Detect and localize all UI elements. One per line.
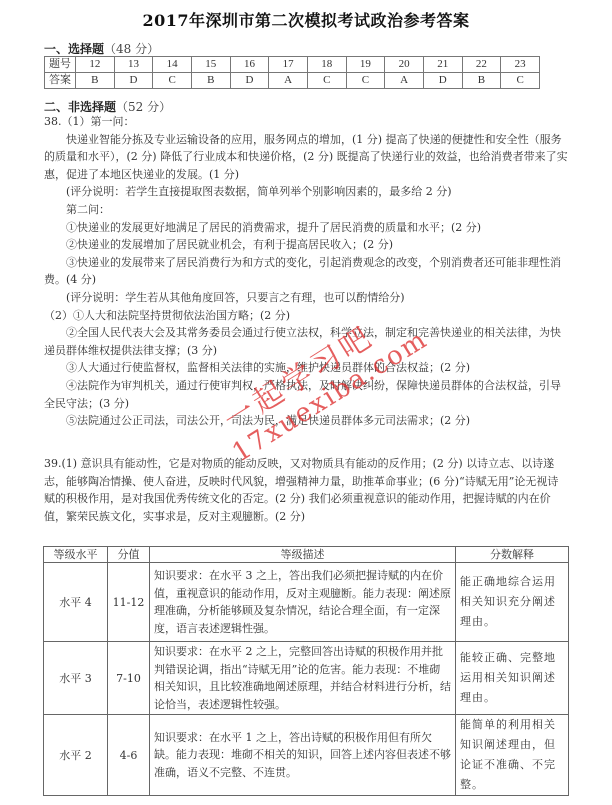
multiple-choice-answer-table: 题号 12 13 14 15 16 17 18 19 20 21 22 23 答… — [44, 56, 540, 89]
answer-cell: A — [385, 73, 424, 89]
q38-part2-point-5: ⑤法院通过公正司法，司法公开，司法为民，满足快递员群体多元司法需求；(2 分) — [44, 412, 569, 430]
question-number: 17 — [269, 57, 308, 73]
answer-cell: B — [462, 73, 501, 89]
answer-cell: D — [423, 73, 462, 89]
q38-part1-answer: 快递业智能分拣及专业运输设备的应用，服务网点的增加，(1 分) 提高了快递的便捷… — [44, 131, 569, 184]
explanation-cell: 能较正确、完整地运用相关知识阐述理由。 — [456, 642, 569, 715]
header-description: 等级描述 — [150, 547, 456, 563]
answer-cell: C — [346, 73, 385, 89]
row-label-question: 题号 — [45, 57, 76, 73]
answer-cell: B — [76, 73, 115, 89]
explanation-cell: 能简单的利用相关知识阐述理由，但论证不准确、不完整。 — [456, 715, 569, 796]
question-number: 22 — [462, 57, 501, 73]
score-cell: 11-12 — [108, 563, 150, 642]
header-level: 等级水平 — [44, 547, 108, 563]
q38-part2-point-2: ②全国人民代表大会及其常务委员会通过行使立法权，科学立法，制定和完善快递业的相关… — [44, 324, 569, 359]
rubric-header-row: 等级水平 分值 等级描述 分数解释 — [44, 547, 569, 563]
rubric-row-level-2: 水平 2 4-6 知识要求：在水平 1 之上，答出诗赋的积极作用但有所欠缺。能力… — [44, 715, 569, 796]
question-38-answer: 38.（1）第一问： 快递业智能分拣及专业运输设备的应用，服务网点的增加，(1 … — [44, 113, 569, 430]
header-score: 分值 — [108, 547, 150, 563]
header-explanation: 分数解释 — [456, 547, 569, 563]
question-39-answer: 39.(1) 意识具有能动性，它是对物质的能动反映，又对物质具有能动的反作用；(… — [44, 455, 569, 525]
q38-part2-point-1: （2）①人大和法院坚持贯彻依法治国方略；(2 分) — [44, 307, 569, 325]
section2-points: （52 分） — [116, 100, 171, 114]
q38-part2-point-3: ③人大通过行使监督权，监督相关法律的实施，维护快递员群体的合法权益；(2 分) — [44, 359, 569, 377]
rubric-row-level-3: 水平 3 7-10 知识要求：在水平 2 之上，完整回答出诗赋的积极作用并批判错… — [44, 642, 569, 715]
answer-cell: C — [153, 73, 192, 89]
description-cell: 知识要求：在水平 3 之上，答出我们必须把握诗赋的内在价值，重视意识的能动作用，… — [150, 563, 456, 642]
row-label-answer: 答案 — [45, 73, 76, 89]
rubric-row-level-4: 水平 4 11-12 知识要求：在水平 3 之上，答出我们必须把握诗赋的内在价值… — [44, 563, 569, 642]
answer-cell: B — [191, 73, 230, 89]
answer-cell: A — [269, 73, 308, 89]
q38-point-2: ②快递业的发展增加了居民就业机会，有利于提高居民收入；(2 分) — [44, 236, 569, 254]
q38-point-3: ③快递业的发展带来了居民消费行为和方式的变化，引起消费观念的改变，个别消费者还可… — [44, 254, 569, 289]
score-cell: 4-6 — [108, 715, 150, 796]
question-number: 20 — [385, 57, 424, 73]
q38-part2-point-4: ④法院作为审判机关，通过行使审判权，严格执法，及时解决纠纷，保障快递员群体的合法… — [44, 377, 569, 412]
q38-scoring-note-2: (评分说明：学生若从其他角度回答，只要言之有理，也可以酌情给分) — [44, 289, 569, 307]
explanation-cell: 能正确地综合运用相关知识充分阐述理由。 — [456, 563, 569, 642]
answer-cell: D — [230, 73, 269, 89]
q38-second-question-heading: 第二问： — [44, 201, 569, 219]
grading-rubric-table: 等级水平 分值 等级描述 分数解释 水平 4 11-12 知识要求：在水平 3 … — [43, 546, 569, 796]
question-number-row: 题号 12 13 14 15 16 17 18 19 20 21 22 23 — [45, 57, 540, 73]
question-number: 18 — [307, 57, 346, 73]
answer-cell: D — [114, 73, 153, 89]
question-number: 21 — [423, 57, 462, 73]
question-number: 23 — [501, 57, 540, 73]
question-number: 14 — [153, 57, 192, 73]
question-number: 16 — [230, 57, 269, 73]
answer-cell: C — [501, 73, 540, 89]
section1-heading: 一、选择题（48 分） — [44, 40, 159, 57]
question-number: 15 — [191, 57, 230, 73]
section2-heading-label: 二、非选择题 — [44, 100, 116, 114]
q39-answer-text: 39.(1) 意识具有能动性，它是对物质的能动反映，又对物质具有能动的反作用；(… — [44, 455, 569, 525]
q38-scoring-note-1: (评分说明：若学生直接提取图表数据，简单列举个别影响因素的，最多给 2 分) — [44, 183, 569, 201]
score-cell: 7-10 — [108, 642, 150, 715]
q38-part1-heading: 38.（1）第一问： — [44, 113, 569, 131]
answer-cell: C — [307, 73, 346, 89]
description-cell: 知识要求：在水平 1 之上，答出诗赋的积极作用但有所欠缺。能力表现：堆砌不相关的… — [150, 715, 456, 796]
q38-point-1: ①快递业的发展更好地满足了居民的消费需求，提升了居民消费的质量和水平；(2 分) — [44, 219, 569, 237]
section1-points: （48 分） — [104, 42, 159, 56]
question-number: 19 — [346, 57, 385, 73]
section1-heading-label: 一、选择题 — [44, 42, 104, 56]
question-number: 13 — [114, 57, 153, 73]
question-number: 12 — [76, 57, 115, 73]
description-cell: 知识要求：在水平 2 之上，完整回答出诗赋的积极作用并批判错误论调，指出“诗赋无… — [150, 642, 456, 715]
level-cell: 水平 3 — [44, 642, 108, 715]
level-cell: 水平 2 — [44, 715, 108, 796]
answer-row: 答案 B D C B D A C C A D B C — [45, 73, 540, 89]
document-title: 2017年深圳市第二次模拟考试政治参考答案 — [0, 8, 612, 31]
level-cell: 水平 4 — [44, 563, 108, 642]
